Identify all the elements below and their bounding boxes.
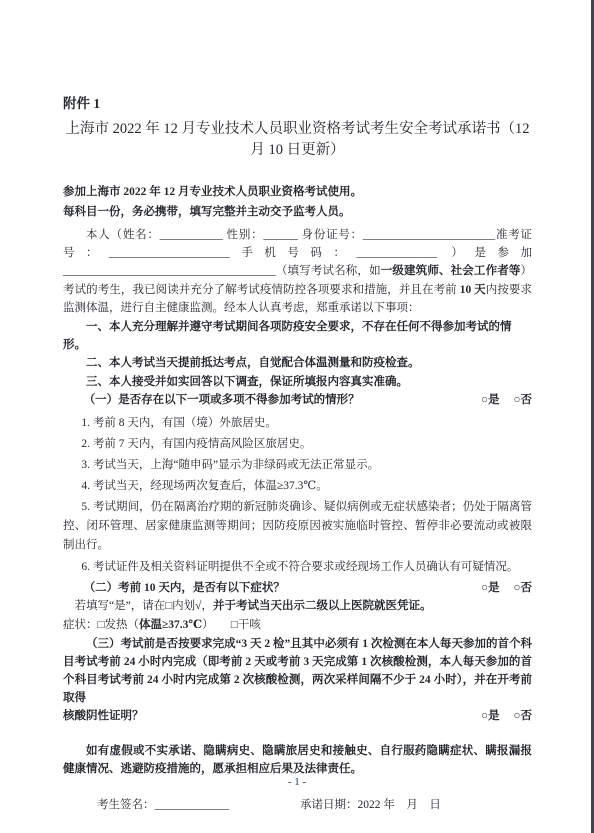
question-1-label: （一）是否存在以下一项或多项不得参加考试的情形？ <box>63 391 360 409</box>
radio-no-option: ○否 <box>514 710 532 722</box>
list-item: 3. 考试当天，上海“随申码”显示为非绿码或无法正常显示。 <box>63 456 532 475</box>
question-2-label: （二）考前 10 天内，是否有以下症状？ <box>63 579 285 597</box>
ten-days-emphasis: 10 天 <box>460 284 486 296</box>
commitments-section: 一、本人充分理解并遵守考试期间各项防疫安全要求，不存在任何不得参加考试的情形。 … <box>63 318 532 392</box>
signature-date-field: 承诺日期：2022 年 月 日 <box>300 796 441 814</box>
list-item: 2. 考前 7 天内，有国内疫情高风险区旅居史。 <box>63 435 532 454</box>
radio-no-option: ○否 <box>514 582 532 594</box>
exam-name-hint: （填写考试名称，如 <box>276 265 381 277</box>
list-item: 5. 考试期间，仍在隔离治疗期的新冠肺炎确诊、疑似病例或无症状感染者；仍处于隔离… <box>63 498 532 555</box>
list-item: 4. 考试当天，经现场两次复查后，体温≥37.3℃。 <box>63 477 532 496</box>
commitment-1: 一、本人充分理解并遵守考试期间各项防疫安全要求，不存在任何不得参加考试的情形。 <box>63 318 532 355</box>
question-2-note: 若填写“是”，请在□内划√，并于考试当天出示二级以上医院就医凭证。 <box>63 597 532 616</box>
question-3-body: （三）考试前是否按要求完成“3 天 2 检”且其中必须有 1 次检测在本人每天参… <box>63 635 532 707</box>
question-2-row: （二）考前 10 天内，是否有以下症状？ ○是○否 <box>63 579 532 597</box>
note-bold-text: 并于考试当天出示二级以上医院就医凭证。 <box>213 600 432 612</box>
personal-info-paragraph: 本人（姓名：___________ 性别：______ 身份证号：_______… <box>63 226 532 318</box>
intro-line-2: 每科目一份，务必携带，填写完整并主动交予监考人员。 <box>63 203 532 223</box>
note-regular-text: 若填写“是”，请在□内划√， <box>75 600 213 612</box>
intro-line-1: 参加上海市 2022 年 12 月专业技术人员职业资格考试使用。 <box>63 183 532 203</box>
symptoms-line: 症状：□发热（体温≥37.3℃） □干咳 <box>63 616 532 635</box>
commitment-2: 二、本人考试当天提前抵达考点，自觉配合体温测量和防疫检查。 <box>63 354 532 372</box>
radio-yes-option: ○是 <box>481 710 499 722</box>
cough-checkbox-label: ） □干咳 <box>202 619 261 631</box>
temperature-threshold: 体温≥37.3℃ <box>139 619 202 631</box>
document-body: 附件 1 上海市 2022 年 12 月专业技术人员职业资格考试考生安全考试承诺… <box>63 95 532 815</box>
fever-checkbox-label: 症状：□发热（ <box>63 619 139 631</box>
question-2-options: ○是○否 <box>467 579 532 597</box>
question-1-options: ○是○否 <box>467 391 532 409</box>
commitment-3: 三、本人接受并如实回答以下调查，保证所填报内容真实准确。 <box>63 373 532 391</box>
question-1-items: 1. 考前 8 天内，有国（境）外旅居史。 2. 考前 7 天内，有国内疫情高风… <box>63 414 532 577</box>
attachment-label: 附件 1 <box>63 95 532 112</box>
page-number: - 1 - <box>0 776 594 788</box>
signature-name-field: 考生签名：_____________ <box>97 796 300 814</box>
radio-no-option: ○否 <box>514 394 532 406</box>
exam-name-examples: 一级建筑师、社会工作者等 <box>381 265 521 277</box>
radio-yes-option: ○是 <box>481 582 499 594</box>
document-page: { "colors": { "text": "#24272c", "page_b… <box>0 0 594 833</box>
list-item: 6. 考试证件及相关资料证明提供不全或不符合要求或经现场工作人员确认有可疑情况。 <box>63 558 532 577</box>
question-3-tail: 核酸阴性证明？ <box>63 707 144 725</box>
document-title: 上海市 2022 年 12 月专业技术人员职业资格考试考生安全考试承诺书（12 … <box>63 119 532 161</box>
question-3-options: ○是○否 <box>467 707 532 725</box>
radio-yes-option: ○是 <box>481 394 499 406</box>
intro-section: 参加上海市 2022 年 12 月专业技术人员职业资格考试使用。 每科目一份，务… <box>63 183 532 223</box>
personal-blanks-text: 本人（姓名：___________ 性别：______ 身份证号：_______… <box>63 229 532 259</box>
exam-name-blank: _____________________________________ <box>63 265 276 277</box>
signature-row: 考生签名：_____________ 承诺日期：2022 年 月 日 <box>63 796 532 814</box>
question-3-tail-row: 核酸阴性证明？ ○是○否 <box>63 707 532 725</box>
question-1-row: （一）是否存在以下一项或多项不得参加考试的情形？ ○是○否 <box>63 391 532 409</box>
list-item: 1. 考前 8 天内，有国（境）外旅居史。 <box>63 414 532 433</box>
warning-paragraph: 如有虚假或不实承诺、隐瞒病史、隐瞒旅居史和接触史、自行服药隐瞒症状、瞒报漏报健康… <box>63 742 532 780</box>
page-background: 附件 1 上海市 2022 年 12 月专业技术人员职业资格考试考生安全考试承诺… <box>0 0 594 833</box>
